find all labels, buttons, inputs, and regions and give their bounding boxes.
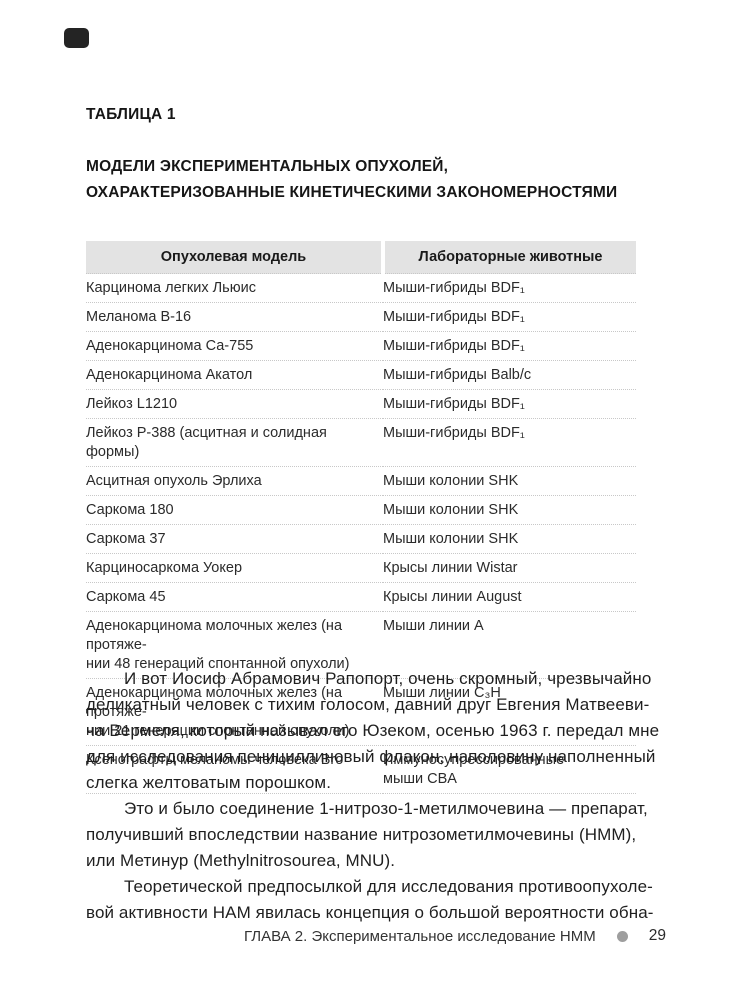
model-cell: Лейкоз Р-388 (асцитная и солидная формы) [86, 419, 383, 467]
model-cell: Саркома 180 [86, 496, 383, 525]
table-row: Лейкоз L1210 Мыши-гибриды BDF₁ [86, 390, 636, 419]
model-cell: Саркома 45 [86, 583, 383, 612]
animals-cell: Мыши-гибриды BDF₁ [383, 303, 636, 332]
animals-cell: Мыши-гибриды Balb/c [383, 361, 636, 390]
table-row: Лейкоз Р-388 (асцитная и солидная формы)… [86, 419, 636, 467]
table-row: Карцинома легких Льюис Мыши-гибриды BDF₁ [86, 274, 636, 303]
page-footer: ГЛАВА 2. Экспериментальное исследование … [86, 927, 666, 945]
model-cell: Аденокарцинома Акатол [86, 361, 383, 390]
animals-cell: Мыши колонии SHK [383, 496, 636, 525]
table-row: Саркома 45 Крысы линии August [86, 583, 636, 612]
corner-mark [64, 28, 89, 48]
table-row: Аденокарцинома Акатол Мыши-гибриды Balb/… [86, 361, 636, 390]
model-cell: Асцитная опухоль Эрлиха [86, 467, 383, 496]
model-cell: Саркома 37 [86, 525, 383, 554]
animals-cell: Мыши колонии SHK [383, 525, 636, 554]
animals-cell: Мыши-гибриды BDF₁ [383, 332, 636, 361]
model-cell: Меланома В-16 [86, 303, 383, 332]
chapter-title: ГЛАВА 2. Экспериментальное исследование … [244, 928, 596, 945]
model-cell: Аденокарцинома Са-755 [86, 332, 383, 361]
footer-dot-icon [617, 931, 628, 942]
book-page: ТАБЛИЦА 1 МОДЕЛИ ЭКСПЕРИМЕНТАЛЬНЫХ ОПУХО… [0, 0, 733, 1000]
column-header-model: Опухолевая модель [86, 241, 383, 274]
column-header-animals: Лабораторные животные [383, 241, 636, 274]
table-row: Карциносаркома Уокер Крысы линии Wistar [86, 554, 636, 583]
animals-cell: Мыши-гибриды BDF₁ [383, 390, 636, 419]
table-label: ТАБЛИЦА 1 [86, 102, 666, 128]
paragraph: И вот Иосиф Абрамович Рапопорт, очень ск… [86, 666, 668, 796]
table-caption: ТАБЛИЦА 1 МОДЕЛИ ЭКСПЕРИМЕНТАЛЬНЫХ ОПУХО… [86, 76, 666, 232]
animals-cell: Мыши колонии SHK [383, 467, 636, 496]
table-row: Саркома 37 Мыши колонии SHK [86, 525, 636, 554]
animals-cell: Крысы линии Wistar [383, 554, 636, 583]
paragraph: Это и было соединение 1-нитрозо-1-метилм… [86, 796, 668, 874]
model-cell: Лейкоз L1210 [86, 390, 383, 419]
table-row: Саркома 180 Мыши колонии SHK [86, 496, 636, 525]
model-cell: Карциносаркома Уокер [86, 554, 383, 583]
table-row: Аденокарцинома Са-755 Мыши-гибриды BDF₁ [86, 332, 636, 361]
table-row: Меланома В-16 Мыши-гибриды BDF₁ [86, 303, 636, 332]
model-cell: Карцинома легких Льюис [86, 274, 383, 303]
animals-cell: Мыши-гибриды BDF₁ [383, 274, 636, 303]
page-number: 29 [649, 927, 666, 945]
table-title: МОДЕЛИ ЭКСПЕРИМЕНТАЛЬНЫХ ОПУХОЛЕЙ, ОХАРА… [86, 154, 666, 206]
table-header-row: Опухолевая модель Лабораторные животные [86, 241, 636, 274]
animals-cell: Крысы линии August [383, 583, 636, 612]
table-row: Асцитная опухоль Эрлиха Мыши колонии SHK [86, 467, 636, 496]
animals-cell: Мыши-гибриды BDF₁ [383, 419, 636, 467]
body-text: И вот Иосиф Абрамович Рапопорт, очень ск… [86, 666, 668, 926]
paragraph: Теоретической предпосылкой для исследова… [86, 874, 668, 926]
